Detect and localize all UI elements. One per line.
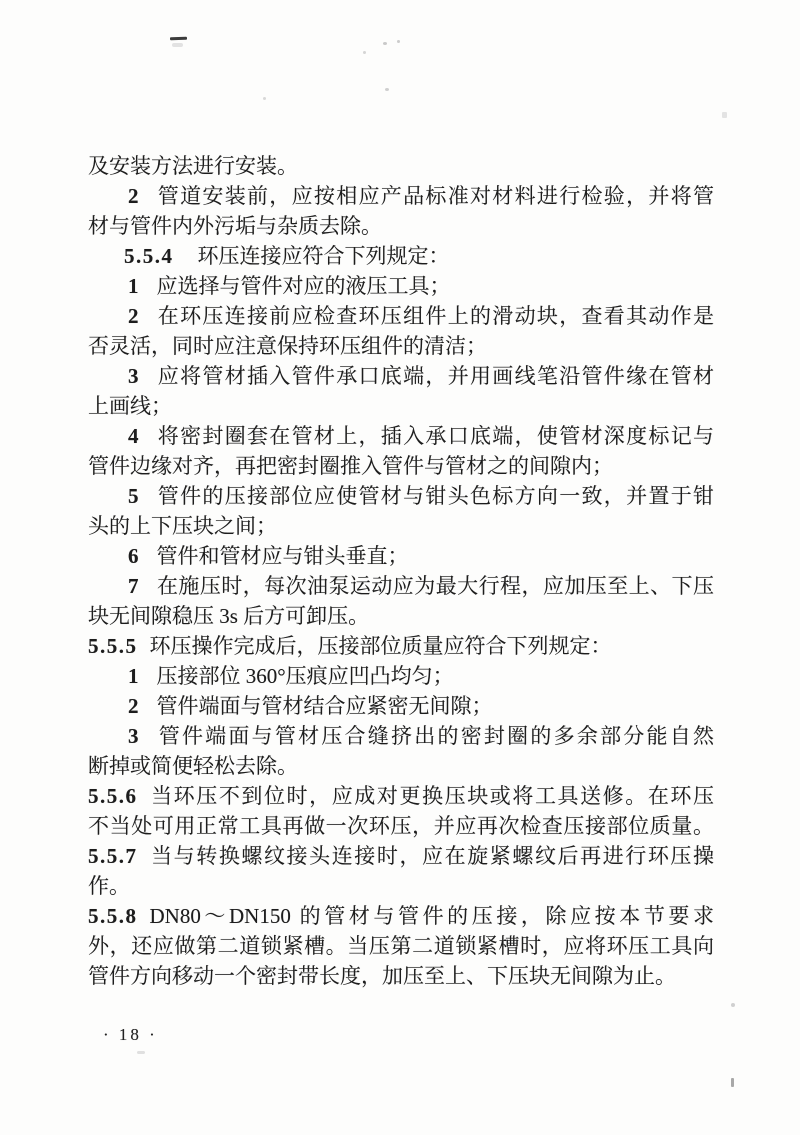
item-number: 7 <box>128 574 139 598</box>
line-text: 管件端面与管材结合应紧密无间隙； <box>157 694 493 718</box>
clause-line: 2管道安装前，应按相应产品标准对材料进行检验，并将管 <box>128 181 714 211</box>
clause-line: 4将密封圈套在管材上，插入承口底端，使管材深度标记与 <box>128 421 714 451</box>
text-line: 断掉或简便轻松去除。 <box>88 751 714 781</box>
text-line: 管件边缘对齐，再把密封圈推入管件与管材之的间隙内； <box>88 451 714 481</box>
line-text: 管件边缘对齐，再把密封圈推入管件与管材之的间隙内； <box>88 454 613 478</box>
line-text: 环压连接应符合下列规定： <box>198 244 450 268</box>
text-line: 上画线； <box>88 391 714 421</box>
scan-artifact-speck <box>397 40 400 43</box>
scan-artifact-dash <box>170 37 187 41</box>
line-text: 上画线； <box>88 394 172 418</box>
line-text: 应将管材插入管件承口底端，并用画线笔沿管件缘在管材 <box>157 364 715 388</box>
scan-artifact-speck <box>383 42 387 45</box>
line-text: 在环压连接前应检查环压组件上的滑动块，查看其动作是 <box>157 304 715 328</box>
scan-artifact-speck <box>722 112 727 118</box>
clause-line: 3应将管材插入管件承口底端，并用画线笔沿管件缘在管材 <box>128 361 714 391</box>
scan-artifact-edge-mark <box>731 1078 734 1087</box>
item-number: 3 <box>128 364 139 388</box>
line-text: 环压操作完成后，压接部位质量应符合下列规定： <box>150 634 612 658</box>
line-text: 头的上下压块之间； <box>88 514 277 538</box>
clause-line: 5.5.5环压操作完成后，压接部位质量应符合下列规定： <box>88 631 714 661</box>
text-line: 外，还应做第二道锁紧槽。当压第二道锁紧槽时，应将环压工具向 <box>88 931 714 961</box>
text-line: 作。 <box>88 871 714 901</box>
line-text: 管件端面与管材压合缝挤出的密封圈的多余部分能自然 <box>157 724 715 748</box>
text-line: 不当处可用正常工具再做一次环压，并应再次检查压接部位质量。 <box>88 811 714 841</box>
item-number: 2 <box>128 304 139 328</box>
section-number: 5.5.6 <box>88 784 138 808</box>
section-number: 5.5.7 <box>88 844 138 868</box>
line-text: 管件方向移动一个密封带长度，加压至上、下压块无间隙为止。 <box>88 964 676 988</box>
text-line: 否灵活，同时应注意保持环压组件的清洁； <box>88 331 714 361</box>
clause-line: 2在环压连接前应检查环压组件上的滑动块，查看其动作是 <box>128 301 714 331</box>
clause-line: 7在施压时，每次油泵运动应为最大行程，应加压至上、下压 <box>128 571 714 601</box>
scanned-document-page: 及安装方法进行安装。2管道安装前，应按相应产品标准对材料进行检验，并将管材与管件… <box>0 0 800 1135</box>
item-number: 4 <box>128 424 139 448</box>
line-text: 作。 <box>88 874 130 898</box>
section-number: 5.5.4 <box>124 244 174 268</box>
line-text: 管件和管材应与钳头垂直； <box>157 544 409 568</box>
text-block: 及安装方法进行安装。2管道安装前，应按相应产品标准对材料进行检验，并将管材与管件… <box>88 151 714 991</box>
line-text: 外，还应做第二道锁紧槽。当压第二道锁紧槽时，应将环压工具向 <box>88 934 714 958</box>
text-line: 材与管件内外污垢与杂质去除。 <box>88 211 714 241</box>
text-line: 头的上下压块之间； <box>88 511 714 541</box>
line-text: 管件的压接部位应使管材与钳头色标方向一致，并置于钳 <box>157 484 715 508</box>
line-text: 否灵活，同时应注意保持环压组件的清洁； <box>88 334 487 358</box>
item-number: 6 <box>128 544 139 568</box>
line-text: 管道安装前，应按相应产品标准对材料进行检验，并将管 <box>157 184 715 208</box>
clause-line: 6管件和管材应与钳头垂直； <box>128 541 714 571</box>
scan-artifact-speck <box>385 88 389 91</box>
clause-line: 2管件端面与管材结合应紧密无间隙； <box>128 691 714 721</box>
section-number: 5.5.5 <box>88 634 138 658</box>
scan-artifact-speck <box>363 51 366 54</box>
line-text: 应选择与管件对应的液压工具； <box>157 274 451 298</box>
clause-line: 5.5.7当与转换螺纹接头连接时，应在旋紧螺纹后再进行环压操 <box>88 841 714 871</box>
item-number: 5 <box>128 484 139 508</box>
line-text: 压接部位 360°压痕应凹凸均匀； <box>157 664 454 688</box>
text-line: 管件方向移动一个密封带长度，加压至上、下压块无间隙为止。 <box>88 961 714 991</box>
line-text: 当与转换螺纹接头连接时，应在旋紧螺纹后再进行环压操 <box>150 844 715 868</box>
clause-line: 1应选择与管件对应的液压工具； <box>128 271 714 301</box>
scan-artifact-smudge <box>172 43 183 47</box>
section-number: 5.5.8 <box>88 904 138 928</box>
scan-artifact-speck <box>263 97 266 100</box>
line-text: 将密封圈套在管材上，插入承口底端，使管材深度标记与 <box>157 424 715 448</box>
item-number: 3 <box>128 724 139 748</box>
clause-line: 5.5.4环压连接应符合下列规定： <box>124 241 714 271</box>
line-text: 材与管件内外污垢与杂质去除。 <box>88 214 382 238</box>
line-text: DN80～DN150 的管材与管件的压接，除应按本节要求 <box>150 904 715 928</box>
scan-artifact-smudge <box>137 1051 145 1054</box>
line-text: 断掉或简便轻松去除。 <box>88 754 298 778</box>
text-line: 及安装方法进行安装。 <box>88 151 714 181</box>
item-number: 1 <box>128 664 139 688</box>
clause-line: 3管件端面与管材压合缝挤出的密封圈的多余部分能自然 <box>128 721 714 751</box>
line-text: 块无间隙稳压 3s 后方可卸压。 <box>88 604 369 628</box>
line-text: 及安装方法进行安装。 <box>88 154 298 178</box>
line-text: 在施压时，每次油泵运动应为最大行程，应加压至上、下压 <box>157 574 715 598</box>
clause-line: 5管件的压接部位应使管材与钳头色标方向一致，并置于钳 <box>128 481 714 511</box>
clause-line: 5.5.8DN80～DN150 的管材与管件的压接，除应按本节要求 <box>88 901 714 931</box>
page-number: · 18 · <box>103 1024 158 1046</box>
item-number: 2 <box>128 694 139 718</box>
item-number: 2 <box>128 184 139 208</box>
clause-line: 1压接部位 360°压痕应凹凸均匀； <box>128 661 714 691</box>
clause-line: 5.5.6当环压不到位时，应成对更换压块或将工具送修。在环压 <box>88 781 714 811</box>
item-number: 1 <box>128 274 139 298</box>
line-text: 当环压不到位时，应成对更换压块或将工具送修。在环压 <box>150 784 715 808</box>
line-text: 不当处可用正常工具再做一次环压，并应再次检查压接部位质量。 <box>88 814 714 838</box>
scan-artifact-speck <box>731 1003 735 1007</box>
text-line: 块无间隙稳压 3s 后方可卸压。 <box>88 601 714 631</box>
